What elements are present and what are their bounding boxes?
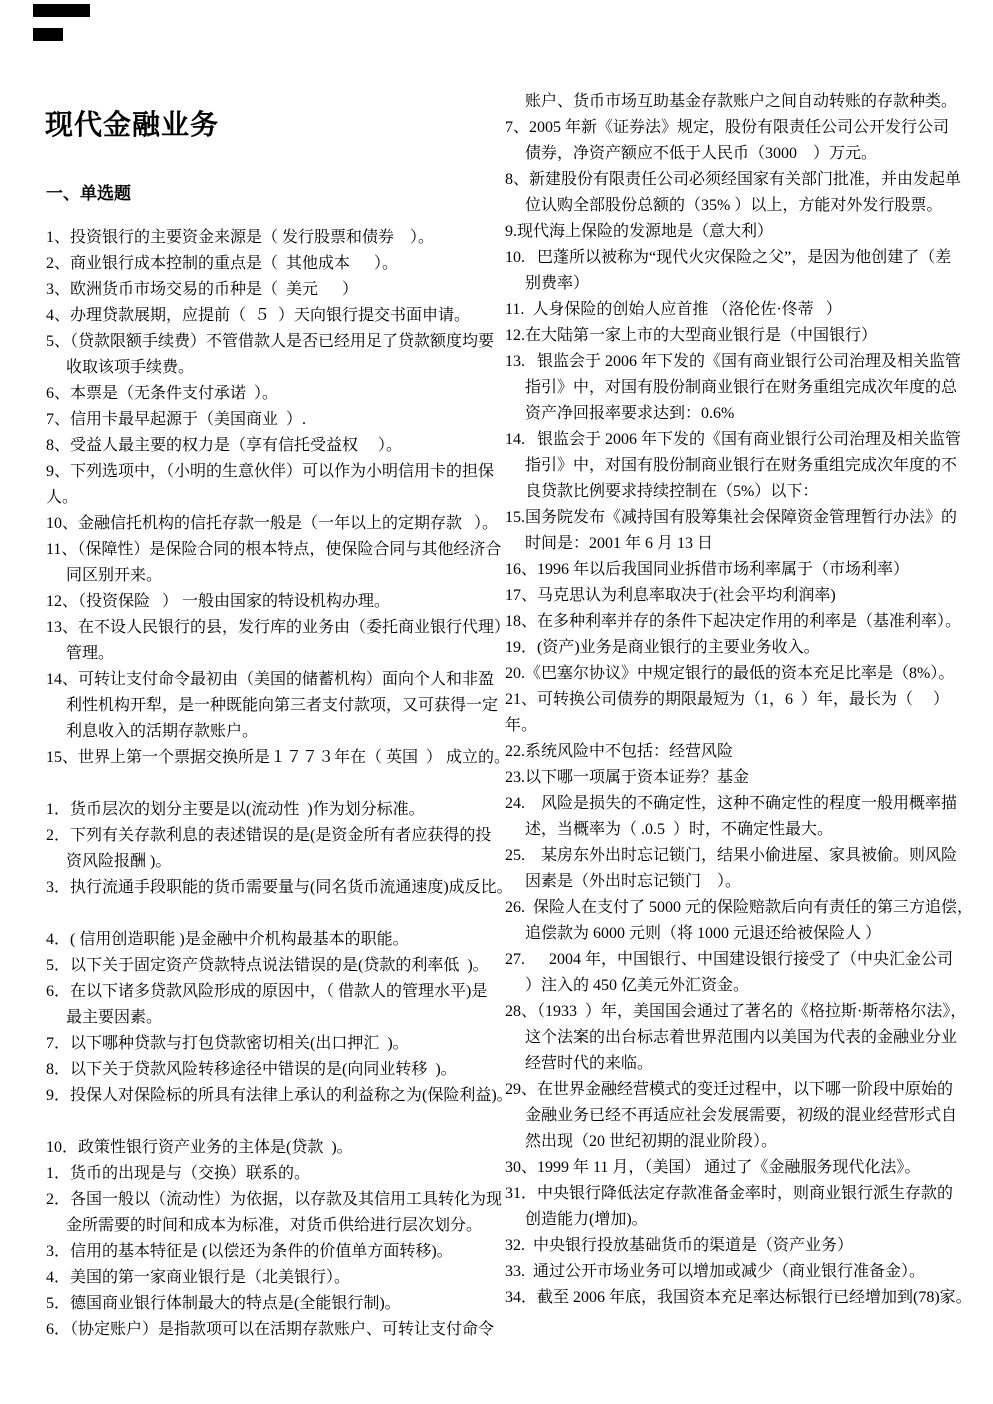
text-line: 14. 银监会于 2006 年下发的《国有商业银行公司治理及相关监管: [505, 427, 967, 453]
text-line: 7、2005 年新《证券法》规定，股份有限责任公司公开发行公司: [505, 115, 967, 141]
text-line: 同区别开来。: [46, 563, 502, 589]
text-line: 23.以下哪一项属于资本证券？基金: [505, 765, 967, 791]
text-line: 10、金融信托机构的信托存款一般是（一年以上的定期存款 ）。: [46, 511, 502, 537]
document-page: 现代金融业务 一、单选题 1、投资银行的主要资金来源是（ 发行股票和债券 ）。2…: [0, 0, 993, 1404]
text-line: 利性机构开犁，是一种既能向第三者支付款项，又可获得一定: [46, 693, 502, 719]
text-line: [46, 1109, 502, 1135]
text-line: 4、办理贷款展期，应提前（ ５ ）天向银行提交书面申请。: [46, 303, 502, 329]
text-line: 1．货币层次的划分主要是以(流动性 )作为划分标准。: [46, 797, 502, 823]
text-line: 位认购全部股份总额的（35% ）以上，方能对外发行股票。: [505, 193, 967, 219]
text-line: 8、新建股份有限责任公司必须经国家有关部门批准，并由发起单: [505, 167, 967, 193]
text-line: 10．政策性银行资产业务的主体是(贷款 )。: [46, 1135, 502, 1161]
text-line: 15.国务院发布《减持国有股筹集社会保障资金管理暂行办法》的: [505, 505, 967, 531]
text-line: 管理。: [46, 641, 502, 667]
text-line: 5、（贷款限额手续费）不管借款人是否已经用足了贷款额度均要: [46, 329, 502, 355]
text-line: 6．（协定账户）是指款项可以在活期存款账户、可转让支付命令: [46, 1317, 502, 1343]
text-line: 14、可转让支付命令最初由（美国的储蓄机构）面向个人和非盈: [46, 667, 502, 693]
text-line: 3．信用的基本特征是 (以偿还为条件的价值单方面转移)。: [46, 1239, 502, 1265]
text-line: 指引》中，对国有股份制商业银行在财务重组完成次年度的不: [505, 453, 967, 479]
text-line: 别费率）: [505, 271, 967, 297]
text-line: 19．(资产)业务是商业银行的主要业务收入。: [505, 635, 967, 661]
scan-artifact-bar-1: [33, 4, 90, 17]
text-line: 时间是：2001 年 6 月 13 日: [505, 531, 967, 557]
text-line: 15、世界上第一个票据交换所是１７７３年在（ 英国 ） 成立的。: [46, 745, 502, 771]
text-line: 18、在多种利率并存的条件下起决定作用的利率是（基准利率）。: [505, 609, 967, 635]
text-line: 良贷款比例要求持续控制在（5%）以下：: [505, 479, 967, 505]
text-line: 1、投资银行的主要资金来源是（ 发行股票和债券 ）。: [46, 225, 502, 251]
text-line: 金融业务已经不再适应社会发展需要，初级的混业经营形式自: [505, 1103, 967, 1129]
text-line: 最主要因素。: [46, 1005, 502, 1031]
text-line: 创造能力(增加)。: [505, 1207, 967, 1233]
text-line: 33. 通过公开市场业务可以增加或减少（商业银行准备金）。: [505, 1259, 967, 1285]
text-line: 16、1996 年以后我国同业拆借市场利率属于（市场利率）: [505, 557, 967, 583]
text-line: 年。: [505, 713, 967, 739]
text-line: 13、在不设人民银行的县，发行库的业务由（委托商业银行代理）: [46, 615, 502, 641]
scan-artifact-bar-2: [33, 28, 63, 41]
text-line: 11. 人身保险的创始人应首推 （洛伦佐·佟蒂 ）: [505, 297, 967, 323]
text-line: 32. 中央银行投放基础货币的渠道是（资产业务）: [505, 1233, 967, 1259]
text-line: 9、下列选项中，（小明的生意伙伴）可以作为小明信用卡的担保: [46, 459, 502, 485]
text-line: 22.系统风险中不包括：经营风险: [505, 739, 967, 765]
text-line: 10. 巴蓬所以被称为“现代火灾保险之父”，是因为他创建了（差: [505, 245, 967, 271]
text-line: 6．在以下诸多贷款风险形成的原因中，（ 借款人的管理水平)是: [46, 979, 502, 1005]
text-line: 13. 银监会于 2006 年下发的《国有商业银行公司治理及相关监管: [505, 349, 967, 375]
text-line: 29、在世界金融经营模式的变迁过程中，以下哪一阶段中原始的: [505, 1077, 967, 1103]
text-line: 追偿款为 6000 元则（将 1000 元退还给被保险人 ）: [505, 921, 967, 947]
text-line: 人。: [46, 485, 502, 511]
text-line: 28、（1933 ）年，美国国会通过了著名的《格拉斯·斯蒂格尔法》，: [505, 999, 967, 1025]
right-column-lines: 账户、货币市场互助基金存款账户之间自动转账的存款种类。7、2005 年新《证券法…: [505, 89, 967, 1311]
text-line: 8．以下关于贷款风险转移途径中错误的是(向同业转移 )。: [46, 1057, 502, 1083]
text-line: 9.现代海上保险的发源地是（意大利）: [505, 219, 967, 245]
text-line: 4．美国的第一家商业银行是（北美银行）。: [46, 1265, 502, 1291]
text-line: [46, 901, 502, 927]
text-line: 27. 2004 年，中国银行、中国建设银行接受了（中央汇金公司: [505, 947, 967, 973]
text-line: ）注入的 450 亿美元外汇资金。: [505, 973, 967, 999]
text-line: 7、信用卡最早起源于（美国商业 ）.: [46, 407, 502, 433]
text-line: 4．( 信用创造职能 )是金融中介机构最基本的职能。: [46, 927, 502, 953]
text-line: 25. 某房东外出时忘记锁门，结果小偷进屋、家具被偷。则风险: [505, 843, 967, 869]
text-line: 述，当概率为（ .0.5 ）时，不确定性最大。: [505, 817, 967, 843]
text-line: 7．以下哪种贷款与打包贷款密切相关(出口押汇 )。: [46, 1031, 502, 1057]
text-line: 9．投保人对保险标的所具有法律上承认的利益称之为(保险利益)。: [46, 1083, 502, 1109]
text-line: 金所需要的时间和成本为标准，对货币供给进行层次划分。: [46, 1213, 502, 1239]
text-line: 因素是（外出时忘记锁门 ）。: [505, 869, 967, 895]
section-heading: 一、单选题: [46, 179, 131, 204]
text-line: 17、马克思认为利息率取决于(社会平均利润率): [505, 583, 967, 609]
text-line: 2．下列有关存款利息的表述错误的是(是资金所有者应获得的投: [46, 823, 502, 849]
text-line: 21、可转换公司债券的期限最短为（1，6 ）年，最长为（ ）: [505, 687, 967, 713]
text-line: 5．德国商业银行体制最大的特点是(全能银行制)。: [46, 1291, 502, 1317]
text-line: 收取该项手续费。: [46, 355, 502, 381]
page-title: 现代金融业务: [45, 103, 219, 143]
text-line: 指引》中，对国有股份制商业银行在财务重组完成次年度的总: [505, 375, 967, 401]
text-line: 然出现（20 世纪初期的混业阶段）。: [505, 1129, 967, 1155]
text-line: 11、（保障性）是保险合同的根本特点，使保险合同与其他经济合: [46, 537, 502, 563]
text-line: 12.在大陆第一家上市的大型商业银行是（中国银行）: [505, 323, 967, 349]
text-line: 34．截至 2006 年底，我国资本充足率达标银行已经增加到(78)家。: [505, 1285, 967, 1311]
text-line: 8、受益人最主要的权力是（享有信托受益权 ）。: [46, 433, 502, 459]
text-line: 1．货币的出现是与（交换）联系的。: [46, 1161, 502, 1187]
text-line: [46, 771, 502, 797]
text-line: 2．各国一般以（流动性）为依据，以存款及其信用工具转化为现: [46, 1187, 502, 1213]
text-line: 资产净回报率要求达到：0.6%: [505, 401, 967, 427]
text-line: 12、（投资保险 ） 一般由国家的特设机构办理。: [46, 589, 502, 615]
text-line: 账户、货币市场互助基金存款账户之间自动转账的存款种类。: [505, 89, 967, 115]
text-line: 30、1999 年 11 月，（美国） 通过了《金融服务现代化法》。: [505, 1155, 967, 1181]
text-line: 经营时代的来临。: [505, 1051, 967, 1077]
text-line: 3、欧洲货币市场交易的币种是（ 美元 ）: [46, 277, 502, 303]
left-column-lines: 1、投资银行的主要资金来源是（ 发行股票和债券 ）。2、商业银行成本控制的重点是…: [46, 225, 502, 1343]
text-line: 3．执行流通手段职能的货币需要量与(同名货币流通速度)成反比。: [46, 875, 502, 901]
text-line: 20.《巴塞尔协议》中规定银行的最低的资本充足比率是（8%）。: [505, 661, 967, 687]
text-line: 资风险报酬 )。: [46, 849, 502, 875]
text-line: 24. 风险是损失的不确定性，这种不确定性的程度一般用概率描: [505, 791, 967, 817]
text-line: 5．以下关于固定资产贷款特点说法错误的是(贷款的利率低 )。: [46, 953, 502, 979]
text-line: 26. 保险人在支付了 5000 元的保险赔款后向有责任的第三方追偿，: [505, 895, 967, 921]
text-line: 这个法案的出台标志着世界范围内以美国为代表的金融业分业: [505, 1025, 967, 1051]
text-line: 31．中央银行降低法定存款准备金率时，则商业银行派生存款的: [505, 1181, 967, 1207]
text-line: 利息收入的活期存款账户。: [46, 719, 502, 745]
text-line: 6、本票是（无条件支付承诺 ）。: [46, 381, 502, 407]
text-line: 债券，净资产额应不低于人民币（3000 ）万元。: [505, 141, 967, 167]
text-line: 2、商业银行成本控制的重点是（ 其他成本 ）。: [46, 251, 502, 277]
